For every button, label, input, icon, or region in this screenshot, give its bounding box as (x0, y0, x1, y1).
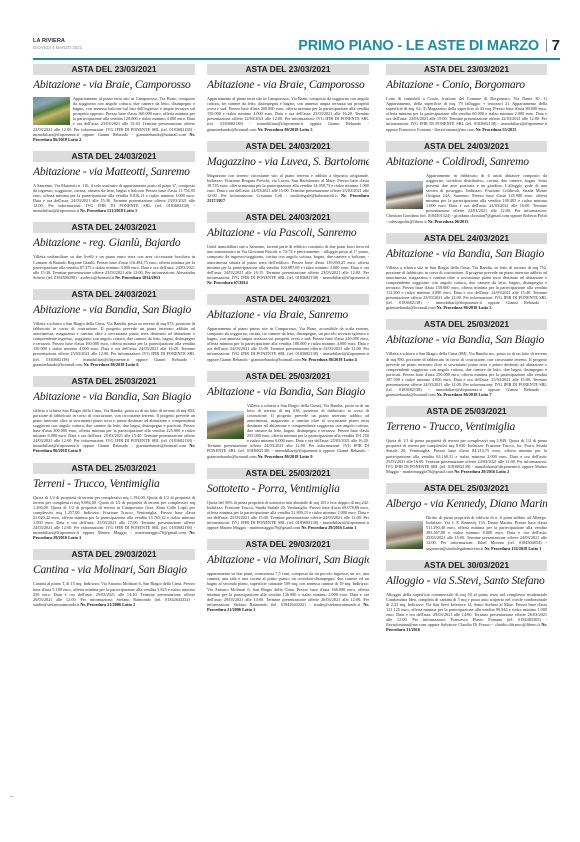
auction-date: ASTA DEL 24/03/2021 (386, 233, 547, 244)
listing-title: Abitazione - via Braie, Camporosso (207, 78, 369, 91)
listing-title: Abitazione - Coldirodi, Sanremo (386, 155, 547, 168)
listing-title: Abitazione - via Pascoli, Sanremo (207, 226, 369, 239)
auction-date: ASTA DEL 25/03/2021 (386, 319, 547, 330)
auction-listing: ASTA DEL 25/03/2021 Albergo - via Kenned… (386, 483, 547, 551)
procedure-number: Nr. Procedura 29/2016 Lotto 2 (454, 469, 509, 474)
villa-ruin-photo (207, 411, 244, 439)
auction-listing: ASTA DEL 25/03/2021 Sottotetto - Porra, … (207, 468, 369, 531)
listing-body: Quota di 1/2 di proprietà di terreni per… (33, 495, 195, 541)
auction-listing: ASTA DEL 24/03/2021 Magazzino - via Luve… (207, 141, 369, 204)
apartment-building-photo (386, 181, 423, 209)
procedure-number: Nr. Procedura 21/2006 Lotto 2 (80, 602, 135, 607)
auction-date: ASTA DEL 24/03/2021 (33, 289, 195, 300)
auction-listing: ASTA DEL 25/03/2021 Terreni - Trucco, Ve… (33, 463, 195, 541)
listing-body: Villetta a schiera sita in San Biagio de… (386, 265, 547, 311)
section-title: PRIMO PIANO - LE ASTE DI MARZO (298, 38, 539, 54)
auction-listing: ASTA DEL 23/03/2021 Abitazione - via Bra… (33, 64, 195, 142)
procedure-number: Nr. Procedura 1834/2013 (115, 275, 160, 280)
auction-listing: ASTA DEL 24/03/2021 Abitazione - via Ban… (386, 233, 547, 311)
listing-title: Abitazione - via Bandia, San Biagio (33, 390, 195, 403)
hotel-building-photo (386, 521, 423, 549)
auction-date: ASTA DEL 25/03/2021 (207, 371, 369, 382)
auction-date: ASTA DEL 24/03/2021 (33, 222, 195, 233)
auction-listing: ASTA DEL 24/03/2021 Abitazione - via Mat… (33, 151, 195, 214)
listing-body: Appartamento al piano terra sito in Camp… (207, 96, 369, 132)
auction-listing: ASTA DEL 24/03/2021 Abitazione - Coldiro… (386, 141, 547, 224)
auction-listing: ASTA DEL 29/03/2021 Cantina - via Molina… (33, 549, 195, 606)
listing-body: Quota del 50% di piena proprietà di sott… (207, 500, 369, 531)
auction-date: ASTA DEL 25/03/2021 (33, 376, 195, 387)
column-1: ASTA DEL 23/03/2021 Abitazione - via Bra… (33, 64, 195, 616)
procedure-number: Nr. Procedura 131/2018 Lotto 1 (80, 208, 137, 213)
house-garden-photo (33, 97, 70, 125)
listing-title: Alloggio - via S.Stevi, Santo Stefano (386, 574, 547, 587)
listing-title: Cantina - via Molinari, San Biagio (33, 563, 195, 576)
procedure-number: Nr. Procedura 86/2018 Lotto 9 (258, 454, 313, 459)
auction-listing: ASTA DEL 30/03/2021 Alloggio - via S.Ste… (386, 560, 547, 633)
auction-listing: ASTA DEL 23/03/2021 Abitazione - Conio, … (386, 64, 547, 132)
procedure-number: Nr. Procedura 86/2018 Lotto 5 (437, 305, 492, 310)
procedure-number: Nr. Procedura 55/2015 (476, 127, 517, 132)
listing-body: Unità immobiliari site a Sanremo, facent… (207, 244, 369, 285)
listing-body: Villetta a schiera a San Biagio della Ci… (386, 351, 547, 397)
header-rule (33, 58, 560, 60)
listing-title: Abitazione - via Braie, Camporosso (33, 78, 195, 91)
auction-date: ASTA DEL 24/03/2021 (207, 294, 369, 305)
listing-body: Villetta a schiera a San Biagio della Ci… (207, 403, 369, 459)
listing-title: Abitazione - via Bandia, San Biagio (33, 303, 195, 316)
publication-date: GIOVEDÌ 4 MARZO 2021 (33, 45, 82, 50)
auction-listing: ASTA DEL 29/03/2021 Abitazione - via Mol… (207, 539, 369, 612)
auction-date: ASTA DEL 24/03/2021 (207, 141, 369, 152)
procedure-number: Nr. Procedura 86/2018 Lotto 4 (302, 357, 357, 362)
procedure-number: Nr. Procedura 86/2018 Lotto 3 (258, 127, 313, 132)
listing-body: villetta a schiera San Biagio della Cima… (33, 408, 195, 454)
auction-listing: ASTA DEL 23/03/2021 Abitazione - via Bra… (207, 64, 369, 132)
listing-title: Magazzino - via Luvea, S. Bartolomeo (207, 155, 369, 168)
listing-body: Villetta unifamiliare su due livelli e u… (33, 254, 195, 279)
listing-title: Abitazione - reg. Gianlù, Bajardo (33, 236, 195, 249)
print-mark (10, 796, 13, 797)
auction-listing: ASTA DEL 25/03/2021 Abitazione - via Ban… (386, 319, 547, 397)
listing-title: Terreno - Trucco, Ventimiglia (386, 420, 547, 433)
listing-title: Abitazione - via Molinari, San Biagio (207, 553, 369, 566)
listing-body: Quota di 1/1 di piena proprietà di terre… (386, 438, 547, 474)
auction-listing: ASTA DEL 24/03/2021 Abitazione - via Pas… (207, 212, 369, 285)
auction-listing: ASTA DEL 24/03/2021 Abitazione - via Ban… (33, 289, 195, 367)
listing-body: Appartamento al piano terra sito in Camp… (33, 96, 195, 142)
listing-title: Abitazione - via Bandia, San Biagio (386, 333, 547, 346)
auction-listing: ASTA DEL 24/03/2021 Abitazione - via Bra… (207, 294, 369, 362)
listing-body: Appartamento al piano primo sito in Camp… (207, 326, 369, 362)
auction-date: ASTA DEL 29/03/2021 (33, 549, 195, 560)
procedure-number: Nr. Procedura 06/2015 (428, 219, 469, 224)
page-separator (546, 39, 547, 52)
auction-listing: ASTA DE 25/03/2021 Terreno - Trucco, Ven… (386, 406, 547, 474)
listing-body: Cantina al piano T, di 15 mq. Indirizzo:… (33, 581, 195, 606)
listing-body: Magazzino con terreno circostante sito a… (207, 173, 369, 204)
auction-date: ASTA DEL 23/03/2021 (33, 64, 195, 75)
auction-date: ASTA DEL 30/03/2021 (386, 560, 547, 571)
listing-body: A Sanremo, Via Matteotti n. 110, il solo… (33, 183, 195, 214)
listing-title: Sottotetto - Porra, Ventimiglia (207, 482, 369, 495)
auction-date: ASTA DEL 25/03/2021 (33, 463, 195, 474)
listing-body: appartamento su due piani, consistenza 7… (207, 571, 369, 612)
procedure-number: Nr. Procedura 29/2016 Lotto 1 (301, 525, 356, 530)
auction-date: ASTA DEL 24/03/2021 (386, 141, 547, 152)
publication-name: LA RIVIERA (33, 38, 65, 44)
page-number: 7 (552, 37, 560, 54)
procedure-number: Nr. Procedura 67/2014 (207, 280, 248, 285)
auction-listing: ASTA DEL 25/03/2021 Abitazione - via Ban… (207, 371, 369, 459)
auction-date: ASTA DEL 23/03/2021 (207, 64, 369, 75)
listing-title: Abitazione - via Bandia, San Biagio (386, 247, 547, 260)
masthead: LA RIVIERA GIOVEDÌ 4 MARZO 2021 PRIMO PI… (33, 38, 560, 60)
procedure-number: Nr. Procedura 132/2018 Lotto 1 (484, 546, 541, 551)
listing-body: Diritto di piena proprietà di edificio d… (386, 515, 547, 551)
procedure-number: Nr. Procedura 86/2018 Lotto 7 (437, 392, 492, 397)
auction-date: ASTA DE 25/03/2021 (386, 406, 547, 417)
auction-date: ASTA DEL 29/03/2021 (207, 539, 369, 550)
auction-date: ASTA DEL 24/03/2021 (33, 151, 195, 162)
listing-title: Terreni - Trucco, Ventimiglia (33, 477, 195, 490)
listing-body: Appartamento in fabbricato di 6 unità ab… (386, 173, 547, 224)
listing-body: Alloggio della superficie commerciale di… (386, 592, 547, 633)
auction-listing: ASTA DEL 25/03/2021 Abitazione - via Ban… (33, 376, 195, 454)
listing-title: Abitazione - via Bandia, San Biagio (207, 385, 369, 398)
listing-body: Lotto di immobili a Conio, frazione del … (386, 96, 547, 132)
column-2: ASTA DEL 23/03/2021 Abitazione - via Bra… (207, 64, 369, 621)
auction-date: ASTA DEL 25/03/2021 (207, 468, 369, 479)
listing-title: Abitazione - via Braie, Sanremo (207, 308, 369, 321)
listing-title: Albergo - via Kennedy, Diano Marina (386, 497, 547, 510)
auction-listing: ASTA DEL 24/03/2021 Abitazione - reg. Gi… (33, 222, 195, 279)
listing-title: Abitazione - Conio, Borgomaro (386, 78, 547, 91)
auction-date: ASTA DEL 23/03/2021 (386, 64, 547, 75)
listing-body: Villetta a schiera a San Biagio della Ci… (33, 321, 195, 367)
procedure-number: Nr. Procedura 86/2018 Lotto 6 (84, 362, 139, 367)
column-3: ASTA DEL 23/03/2021 Abitazione - Conio, … (386, 64, 547, 641)
auction-date: ASTA DEL 24/03/2021 (207, 212, 369, 223)
auction-date: ASTA DEL 25/03/2021 (386, 483, 547, 494)
listing-title: Abitazione - via Matteotti, Sanremo (33, 165, 195, 178)
